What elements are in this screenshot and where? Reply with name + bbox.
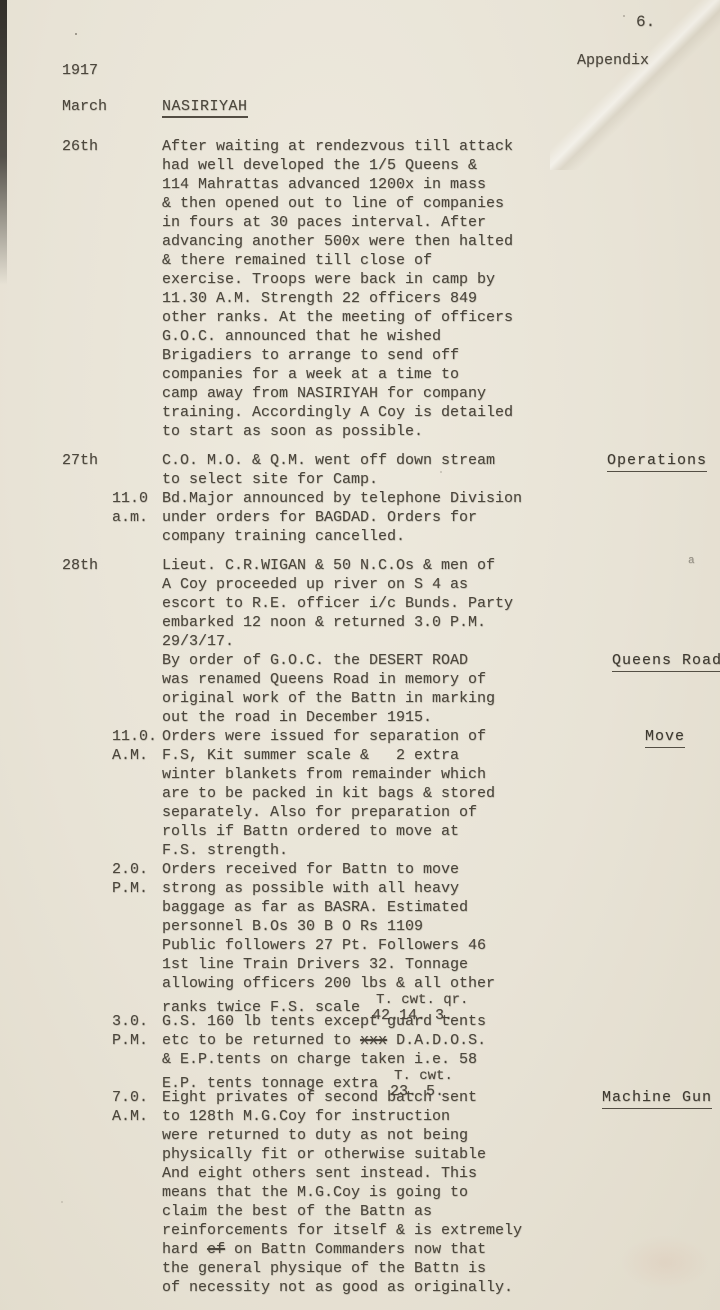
line-text: exercise. Troops were back in camp by (162, 271, 495, 288)
diary-line: A Coy proceeded up river on S 4 as (0, 575, 720, 594)
diary-line: F.S. strength. (0, 841, 720, 860)
line-date-time-label: 28th (62, 556, 98, 575)
line-text: F.S. strength. (162, 842, 288, 859)
line-text: training. Accordingly A Coy is detailed (162, 404, 513, 421)
line-text: 1st line Train Drivers 32. Tonnage (162, 956, 468, 973)
diary-line: 3.0. G.S. 160 lb tents except guard tent… (0, 1012, 720, 1031)
diary-line: rolls if Battn ordered to move at (0, 822, 720, 841)
diary-line: to select site for Camp. (0, 470, 720, 489)
diary-line: 1st line Train Drivers 32. Tonnage (0, 955, 720, 974)
diary-line: were returned to duty as not being (0, 1126, 720, 1145)
line-text: G.S. 160 lb tents except guard tents (162, 1013, 486, 1030)
line-text: G.O.C. announced that he wished (162, 328, 441, 345)
line-text: By order of G.O.C. the DESERT ROAD (162, 652, 468, 669)
line-text: had well developed the 1/5 Queens & (162, 157, 477, 174)
margin-note: Operations (607, 451, 707, 472)
line-date-time-label: 26th (62, 137, 98, 156)
line-text: etc to be returned to xxx D.A.D.O.S. (162, 1032, 486, 1049)
line-text: were returned to duty as not being (162, 1127, 468, 1144)
diary-line: out the road in December 1915. (0, 708, 720, 727)
diary-line: Brigadiers to arrange to send off (0, 346, 720, 365)
line-text: to select site for Camp. (162, 471, 378, 488)
line-text: company training cancelled. (162, 528, 405, 545)
line-text: Orders received for Battn to move (162, 861, 459, 878)
diary-line: training. Accordingly A Coy is detailed (0, 403, 720, 422)
diary-line: escort to R.E. officer i/c Bunds. Party (0, 594, 720, 613)
diary-line: camp away from NASIRIYAH for company (0, 384, 720, 403)
diary-line: physically fit or otherwise suitable (0, 1145, 720, 1164)
line-text: C.O. M.O. & Q.M. went off down stream (162, 452, 495, 469)
margin-note: Queens Road (612, 651, 720, 672)
paper-specks (75, 33, 77, 35)
diary-line: winter blankets from remainder which (0, 765, 720, 784)
line-date-time-label: P.M. (112, 1031, 148, 1050)
diary-line: P.M. strong as possible with all heavy (0, 879, 720, 898)
document-page: 6. Appendix 1917 March NASIRIYAH 26th Af… (0, 0, 720, 1310)
line-text: in fours at 30 paces interval. After (162, 214, 486, 231)
diary-line: companies for a week at a time to (0, 365, 720, 384)
line-date-time-label: 11.0 (112, 489, 148, 508)
appendix-label: Appendix (577, 52, 649, 69)
diary-line: 114 Mahrattas advanced 1200x in mass (0, 175, 720, 194)
line-text: of necessity not as good as originally. (162, 1279, 513, 1296)
line-text: Lieut. C.R.WIGAN & 50 N.C.Os & men of (162, 557, 495, 574)
diary-line: 11.0 Bd.Major announced by telephone Div… (0, 489, 720, 508)
line-date-time-label: A.M. (112, 746, 148, 765)
line-text: strong as possible with all heavy (162, 880, 459, 897)
line-text: Orders were issued for separation of (162, 728, 486, 745)
line-date-time-label: 3.0. (112, 1012, 148, 1031)
diary-line: reinforcements for itself & is extremely (0, 1221, 720, 1240)
line-text: winter blankets from remainder which (162, 766, 486, 783)
diary-line: hard ef on Battn Commanders now that (0, 1240, 720, 1259)
diary-line: baggage as far as BASRA. Estimated (0, 898, 720, 917)
line-date-time-label: 2.0. (112, 860, 148, 879)
diary-line: & then opened out to line of companies (0, 194, 720, 213)
diary-line: E.P. tents tonnage extraT. cwt.23. 5. (0, 1069, 720, 1088)
margin-note: Machine Gun (602, 1088, 712, 1109)
line-text: reinforcements for itself & is extremely (162, 1222, 522, 1239)
line-text: And eight others sent instead. This (162, 1165, 477, 1182)
diary-line: P.M. etc to be returned to xxx D.A.D.O.S… (0, 1031, 720, 1050)
line-text: to start as soon as possible. (162, 423, 423, 440)
diary-line: And eight others sent instead. This (0, 1164, 720, 1183)
line-text: means that the M.G.Coy is going to (162, 1184, 468, 1201)
line-text: 29/3/17. (162, 633, 234, 650)
diary-line: allowing officers 200 lbs & all other (0, 974, 720, 993)
line-text: other ranks. At the meeting of officers (162, 309, 513, 326)
diary-line: was renamed Queens Road in memory of (0, 670, 720, 689)
diary-line: 27th C.O. M.O. & Q.M. went off down stre… (0, 451, 720, 470)
line-date-time-label: P.M. (112, 879, 148, 898)
line-text: A Coy proceeded up river on S 4 as (162, 576, 468, 593)
line-text: to 128th M.G.Coy for instruction (162, 1108, 450, 1125)
line-text: personnel B.Os 30 B O Rs 1109 (162, 918, 423, 935)
diary-entries: 26th After waiting at rendezvous till at… (0, 137, 720, 1297)
tonnage-units: T. cwt. (390, 1069, 453, 1084)
line-text: original work of the Battn in marking (162, 690, 495, 707)
line-text: Bd.Major announced by telephone Division (162, 490, 522, 507)
line-text: allowing officers 200 lbs & all other (162, 975, 495, 992)
line-date-time-label: A.M. (112, 1107, 148, 1126)
diary-line: other ranks. At the meeting of officers (0, 308, 720, 327)
diary-line: personnel B.Os 30 B O Rs 1109 (0, 917, 720, 936)
diary-line: A.M. to 128th M.G.Coy for instruction (0, 1107, 720, 1126)
line-text: rolls if Battn ordered to move at (162, 823, 459, 840)
diary-line: A.M. F.S, Kit summer scale & 2 extra (0, 746, 720, 765)
diary-line: ranks twice F.S. scaleT. cwt. qr.42.14. … (0, 993, 720, 1012)
diary-line: advancing another 500x were then halted (0, 232, 720, 251)
line-text: are to be packed in kit bags & stored (162, 785, 495, 802)
line-text: F.S, Kit summer scale & 2 extra (162, 747, 459, 764)
line-text: out the road in December 1915. (162, 709, 432, 726)
diary-line: 26th After waiting at rendezvous till at… (0, 137, 720, 156)
tonnage-units: T. cwt. qr. (372, 993, 468, 1008)
line-text: Public followers 27 Pt. Followers 46 (162, 937, 486, 954)
diary-line: means that the M.G.Coy is going to (0, 1183, 720, 1202)
month-label: March (62, 98, 107, 115)
year-label: 1917 (62, 62, 98, 79)
line-date-time-label: a.m. (112, 508, 148, 527)
line-text: Eight privates of second batch sent (162, 1089, 477, 1106)
diary-line: separately. Also for preparation of (0, 803, 720, 822)
line-text: under orders for BAGDAD. Orders for (162, 509, 477, 526)
diary-line: had well developed the 1/5 Queens & (0, 156, 720, 175)
line-text: companies for a week at a time to (162, 366, 459, 383)
diary-line: a.m. under orders for BAGDAD. Orders for (0, 508, 720, 527)
line-text: & then opened out to line of companies (162, 195, 504, 212)
line-text: was renamed Queens Road in memory of (162, 671, 486, 688)
diary-line: original work of the Battn in marking (0, 689, 720, 708)
line-text: embarked 12 noon & returned 3.0 P.M. (162, 614, 486, 631)
line-text: & there remained till close of (162, 252, 432, 269)
line-date-time-label: 7.0. (112, 1088, 148, 1107)
diary-line: By order of G.O.C. the DESERT ROAD Queen… (0, 651, 720, 670)
diary-line: & there remained till close of (0, 251, 720, 270)
line-text: claim the best of the Battn as (162, 1203, 432, 1220)
line-text: separately. Also for preparation of (162, 804, 477, 821)
line-text: 114 Mahrattas advanced 1200x in mass (162, 176, 486, 193)
line-text: physically fit or otherwise suitable (162, 1146, 486, 1163)
line-text: escort to R.E. officer i/c Bunds. Party (162, 595, 513, 612)
diary-line: G.O.C. announced that he wished (0, 327, 720, 346)
line-text: the general physique of the Battn is (162, 1260, 486, 1277)
margin-note: Move (645, 727, 685, 748)
diary-line: 7.0. Eight privates of second batch sent… (0, 1088, 720, 1107)
diary-line: Public followers 27 Pt. Followers 46 (0, 936, 720, 955)
diary-line: 28th Lieut. C.R.WIGAN & 50 N.C.Os & men … (0, 556, 720, 575)
diary-line: company training cancelled. (0, 527, 720, 546)
diary-line: claim the best of the Battn as (0, 1202, 720, 1221)
margin-note: a (688, 552, 696, 572)
diary-line: to start as soon as possible. (0, 422, 720, 441)
line-text: & E.P.tents on charge taken i.e. 58 (162, 1051, 477, 1068)
line-date-time-label: 11.0. (112, 727, 157, 746)
place-heading: NASIRIYAH (162, 98, 248, 118)
diary-line: 2.0. Orders received for Battn to move (0, 860, 720, 879)
line-text: baggage as far as BASRA. Estimated (162, 899, 468, 916)
line-text: camp away from NASIRIYAH for company (162, 385, 486, 402)
line-date-time-label: 27th (62, 451, 98, 470)
diary-line: 11.0. Orders were issued for separation … (0, 727, 720, 746)
diary-line: are to be packed in kit bags & stored (0, 784, 720, 803)
diary-line: embarked 12 noon & returned 3.0 P.M. (0, 613, 720, 632)
diary-line: & E.P.tents on charge taken i.e. 58 (0, 1050, 720, 1069)
diary-line: of necessity not as good as originally. (0, 1278, 720, 1297)
diary-line: 29/3/17. (0, 632, 720, 651)
line-text: hard ef on Battn Commanders now that (162, 1241, 486, 1258)
diary-line: exercise. Troops were back in camp by (0, 270, 720, 289)
diary-line: the general physique of the Battn is (0, 1259, 720, 1278)
line-text: Brigadiers to arrange to send off (162, 347, 459, 364)
diary-line: in fours at 30 paces interval. After (0, 213, 720, 232)
line-text: 11.30 A.M. Strength 22 officers 849 (162, 290, 477, 307)
diary-line: 11.30 A.M. Strength 22 officers 849 (0, 289, 720, 308)
line-text: advancing another 500x were then halted (162, 233, 513, 250)
page-number: 6. (636, 13, 655, 31)
line-text: After waiting at rendezvous till attack (162, 138, 513, 155)
